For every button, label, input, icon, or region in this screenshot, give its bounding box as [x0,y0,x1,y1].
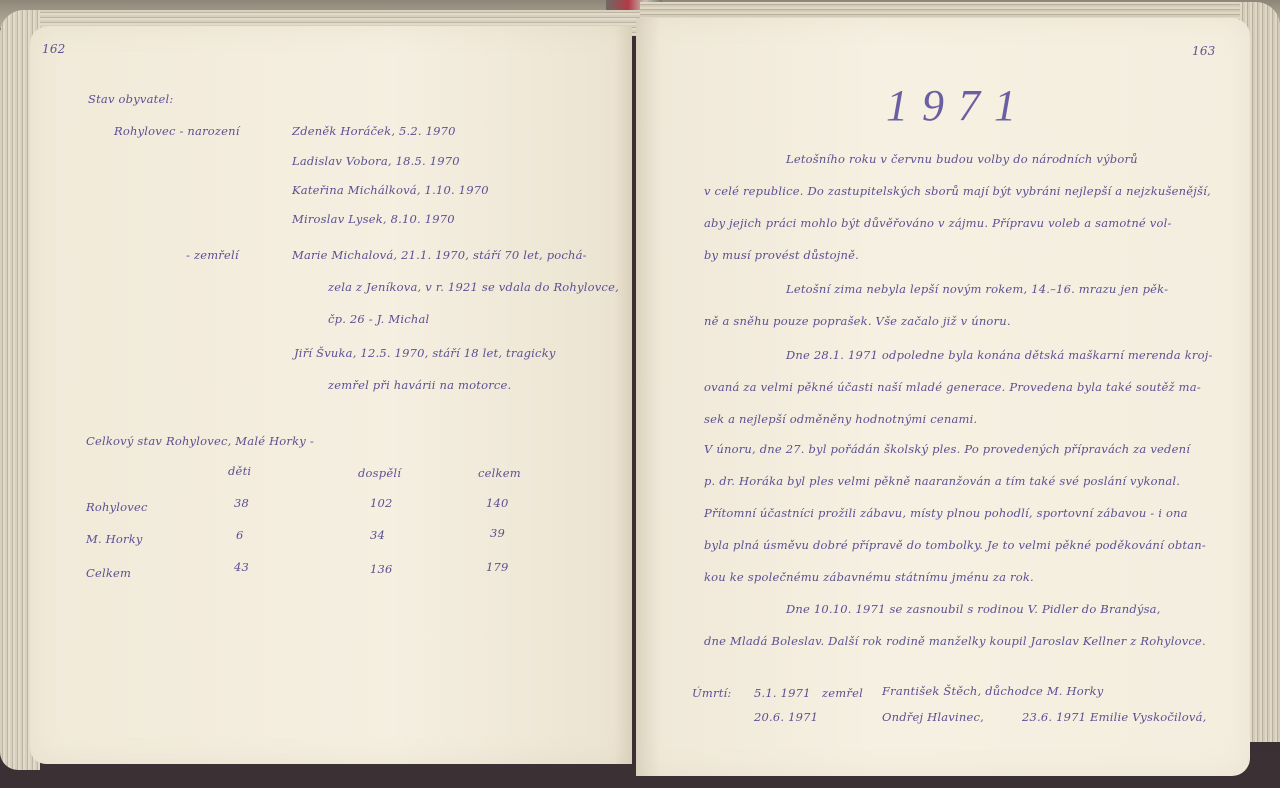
death-entry-line: Jiří Švuka, 12.5. 1970, stáří 18 let, tr… [294,346,556,360]
text-line: Dne 28.1. 1971 odpoledne byla konána dět… [786,348,1213,362]
death-entry-line: čp. 26 - J. Michal [328,312,429,326]
col-header-total: celkem [478,466,521,480]
left-page: 162 Stav obyvatel: Rohylovec - narození … [30,26,632,764]
col-header-adults: dospělí [358,466,401,480]
summary-title: Celkový stav Rohylovec, Malé Horky - [86,434,314,448]
birth-entry: Kateřina Michálková, 1.10. 1970 [292,183,489,197]
death-name: Ondřej Hlavinec, [882,710,984,724]
text-line: Přítomní účastníci prožili zábavu, místy… [704,506,1188,520]
text-line: Letošního roku v červnu budou volby do n… [786,152,1138,166]
text-line: Letošní zima nebyla lepší novým rokem, 1… [786,282,1168,296]
cell: 179 [486,560,509,574]
death-extra: 23.6. 1971 Emilie Vyskočilová, [1022,710,1207,724]
right-page: 163 1971 Letošního roku v červnu budou v… [636,18,1250,776]
deaths-label: Úmrtí: [692,686,731,700]
text-line: V únoru, dne 27. byl pořádán školský ple… [704,442,1190,456]
text-line: p. dr. Horáka byl ples velmi pěkně naara… [704,474,1180,488]
page-number: 163 [1192,44,1216,58]
death-date: 20.6. 1971 [754,710,818,724]
cell: 43 [234,560,249,574]
text-line: ovaná za velmi pěkné účasti naší mladé g… [704,380,1201,394]
page-number: 162 [42,42,66,56]
row-label: Celkem [86,566,131,580]
text-line: by musí provést důstojně. [704,248,859,262]
cell: 102 [370,496,393,510]
text-line: sek a nejlepší odměněny hodnotnými cenam… [704,412,977,426]
text-line: byla plná úsměvu dobré přípravě do tombo… [704,538,1206,552]
death-entry-line: zela z Jeníkova, v r. 1921 se vdala do R… [328,280,619,294]
section-heading: Stav obyvatel: [88,92,173,106]
cell: 6 [236,528,244,542]
text-line: ně a sněhu pouze poprašek. Vše začalo ji… [704,314,1011,328]
text-line: kou ke společnému zábavnému státnímu jmé… [704,570,1034,584]
birth-entry: Ladislav Vobora, 18.5. 1970 [292,154,460,168]
death-entry-line: Marie Michalová, 21.1. 1970, stáří 70 le… [292,248,587,262]
death-verb: zemřel [822,686,863,700]
text-line: v celé republice. Do zastupitelských sbo… [704,184,1211,198]
cell: 136 [370,562,393,576]
cell: 140 [486,496,509,510]
row-label: Rohylovec [86,500,148,514]
birth-entry: Miroslav Lysek, 8.10. 1970 [292,212,455,226]
cell: 34 [370,528,385,542]
col-header-children: děti [228,464,251,478]
text-line: Dne 10.10. 1971 se zasnoubil s rodinou V… [786,602,1161,616]
text-line: aby jejich práci mohlo být důvěřováno v … [704,216,1172,230]
text-line: dne Mladá Boleslav. Další rok rodině man… [704,634,1206,648]
deaths-label: - zemřelí [186,248,239,262]
birth-entry: Zdeněk Horáček, 5.2. 1970 [292,124,456,138]
death-name: František Štěch, důchodce M. Horky [882,684,1103,698]
year-heading: 1971 [886,80,1030,131]
cell: 39 [490,526,505,540]
death-date: 5.1. 1971 [754,686,811,700]
row-label: M. Horky [86,532,143,546]
death-entry-line: zemřel při havárii na motorce. [328,378,511,392]
births-label: Rohylovec - narození [114,124,240,138]
cell: 38 [234,496,249,510]
